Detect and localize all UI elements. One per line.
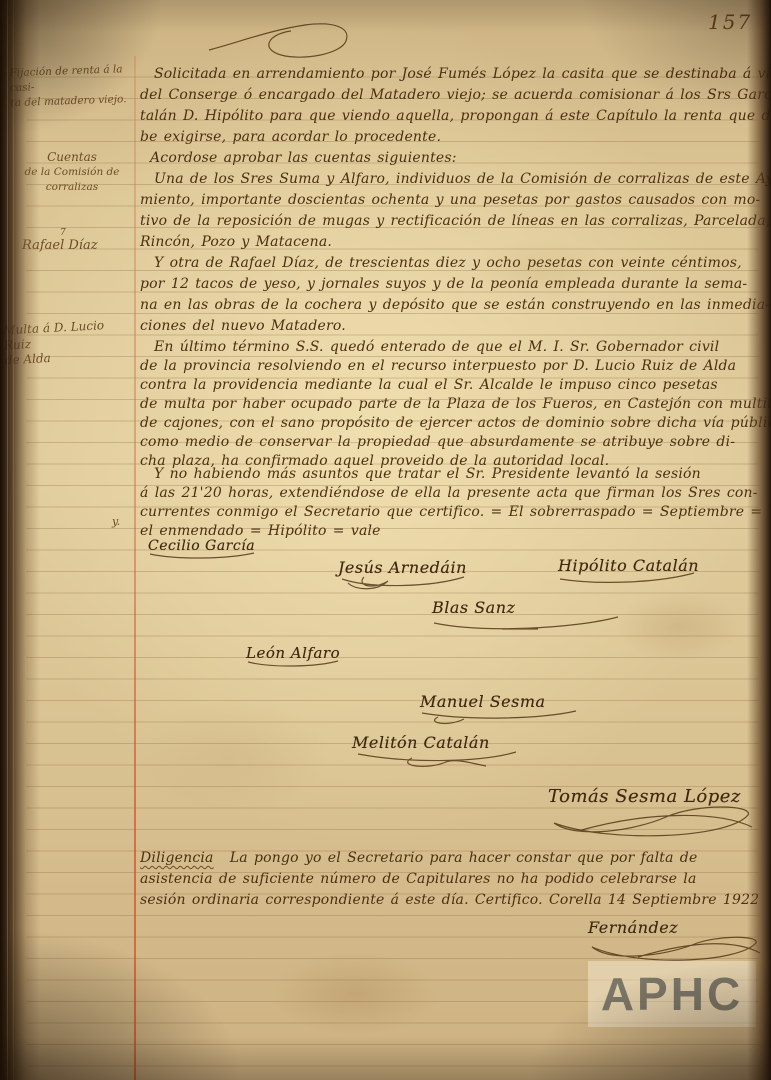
- signature-text: Cecilio García: [148, 538, 255, 554]
- manuscript-line: ciones del nuevo Matadero.: [140, 316, 762, 337]
- page-number: 157: [708, 10, 752, 34]
- signature-text: Fernández: [588, 918, 678, 937]
- aphc-watermark: APHC: [588, 961, 756, 1027]
- page-fore-edge: [747, 0, 771, 1080]
- manuscript-line: asistencia de suficiente número de Capit…: [140, 869, 762, 890]
- paragraph-cuenta-rafael-diaz: Y otra de Rafael Díaz, de trescientas di…: [140, 253, 762, 337]
- manuscript-line: contra la providencia mediante la cual e…: [140, 376, 762, 395]
- manuscript-line: por 12 tacos de yeso, y jornales suyos y…: [140, 274, 762, 295]
- paragraph-diligencia: Diligencia La pongo yo el Secretario par…: [140, 848, 762, 911]
- paragraph-arrendamiento: Solicitada en arrendamiento por José Fum…: [140, 64, 762, 148]
- signature-text: Tomás Sesma López: [548, 786, 741, 807]
- signature-text: León Alfaro: [246, 644, 340, 662]
- manuscript-line: de cajones, con el sano propósito de eje…: [140, 414, 762, 433]
- signature-secretario-fernandez: Fernández: [588, 918, 763, 967]
- signature-text: Melitón Catalán: [352, 733, 490, 752]
- paragraph-acordose: Acordose aprobar las cuentas siguientes:: [150, 148, 771, 169]
- signature-jesus-arnedain: Jesús Arnedáin: [338, 558, 468, 591]
- manuscript-line: miento, importante doscientas ochenta y …: [140, 190, 762, 211]
- manuscript-line: currentes conmigo el Secretario que cert…: [140, 503, 762, 522]
- margin-note-mark-y: y.: [112, 514, 120, 529]
- signature-text: Blas Sanz: [432, 598, 515, 617]
- manuscript-line: Una de los Sres Suma y Alfaro, individuo…: [140, 169, 762, 190]
- manuscript-line: Rincón, Pozo y Matacena.: [140, 232, 762, 253]
- signature-tomas-sesma-lopez: Tomás Sesma López: [548, 786, 758, 843]
- paragraph-cuenta-corralizas: Una de los Sres Suma y Alfaro, individuo…: [140, 169, 762, 253]
- diligencia-label: Diligencia: [140, 850, 224, 866]
- book-gutter-edge: [0, 0, 40, 1080]
- manuscript-line: Y no habiendo más asuntos que tratar el …: [140, 465, 762, 484]
- manuscript-line: de multa por haber ocupado parte de la P…: [140, 395, 762, 414]
- manuscript-line: Y otra de Rafael Díaz, de trescientas di…: [140, 253, 762, 274]
- signature-text: Jesús Arnedáin: [338, 558, 467, 577]
- signature-meliton-catalan: Melitón Catalán: [352, 733, 522, 768]
- signature-leon-alfaro: León Alfaro: [246, 644, 341, 668]
- signature-text: Manuel Sesma: [420, 692, 546, 711]
- manuscript-line: Solicitada en arrendamiento por José Fum…: [140, 64, 762, 85]
- diligencia-text: La pongo yo el Secretario para hacer con…: [230, 850, 698, 866]
- manuscript-line: del Conserge ó encargado del Matadero vi…: [140, 85, 762, 106]
- manuscript-line: En último término S.S. quedó enterado de…: [140, 338, 762, 357]
- manuscript-line: talán D. Hipólito para que viendo aquell…: [140, 106, 762, 127]
- signature-blas-sanz: Blas Sanz: [432, 598, 622, 633]
- paragraph-cierre-sesion: Y no habiendo más asuntos que tratar el …: [140, 465, 762, 541]
- manuscript-line: á las 21'20 horas, extendiéndose de ella…: [140, 484, 762, 503]
- manuscript-line: como medio de conservar la propiedad que…: [140, 433, 762, 452]
- manuscript-line: de la provincia resolviendo en el recurs…: [140, 357, 762, 376]
- ink-flourish-top: [205, 16, 355, 64]
- signature-text: Hipólito Catalán: [558, 556, 699, 575]
- manuscript-page-scan: 157 Fijación de renta á la casi- ta del …: [0, 0, 771, 1080]
- red-margin-rule: [134, 56, 136, 1080]
- manuscript-line: Acordose aprobar las cuentas siguientes:: [150, 148, 771, 169]
- signature-manuel-sesma: Manuel Sesma: [420, 692, 580, 725]
- manuscript-line: na en las obras de la cochera y depósito…: [140, 295, 762, 316]
- manuscript-line: sesión ordinaria correspondiente á este …: [140, 890, 762, 911]
- paragraph-multa-gobernador: En último término S.S. quedó enterado de…: [140, 338, 762, 471]
- manuscript-line: tivo de la reposición de mugas y rectifi…: [140, 211, 762, 232]
- signature-cecilio-garcia: Cecilio García: [148, 538, 258, 560]
- signature-hipolito-catalan: Hipólito Catalán: [558, 556, 699, 585]
- manuscript-line: be exigirse, para acordar lo procedente.: [140, 127, 762, 148]
- manuscript-line: Diligencia La pongo yo el Secretario par…: [140, 848, 762, 869]
